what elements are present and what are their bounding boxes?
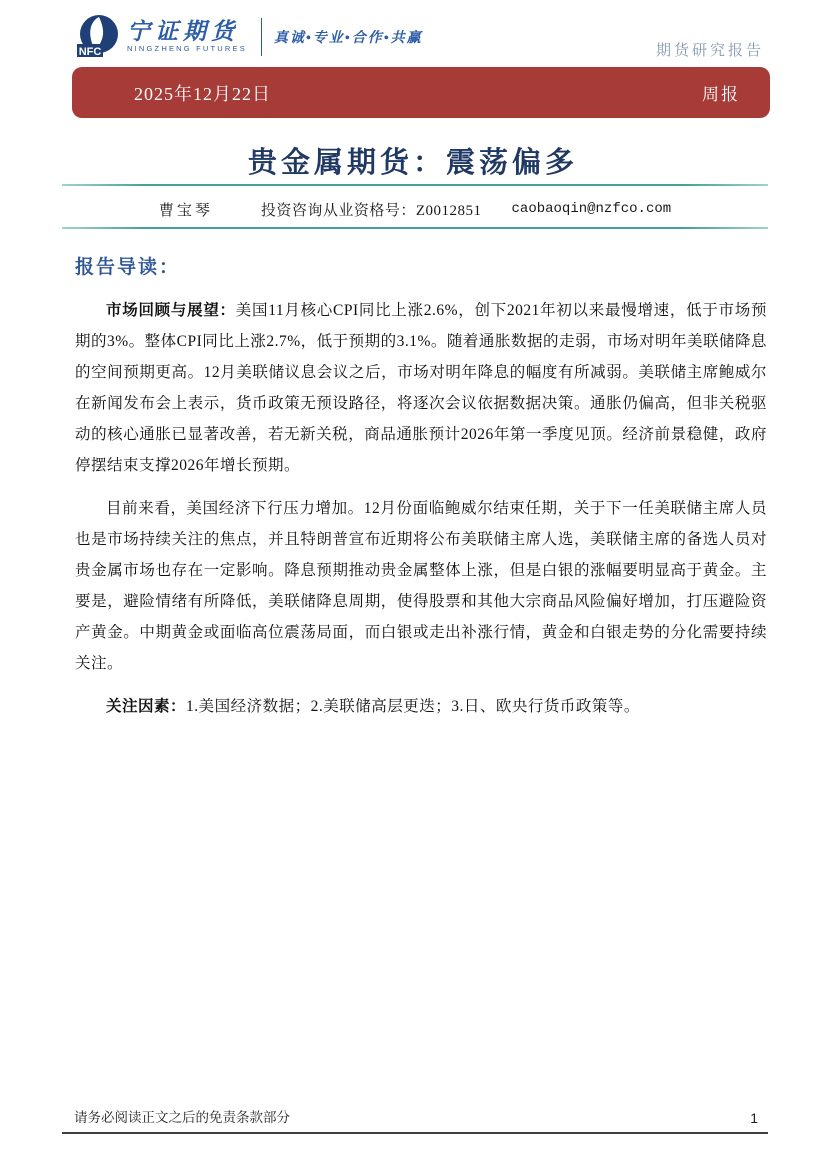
guide-heading: 报告导读：	[75, 252, 767, 279]
guide-paragraph-market-review: 市场回顾与展望：美国11月核心CPI同比上涨2.6%，创下2021年初以来最慢增…	[75, 295, 767, 481]
svg-text:NFC: NFC	[79, 46, 102, 58]
brand-name-en: NINGZHENG FUTURES	[127, 44, 247, 54]
brand-divider	[261, 18, 262, 56]
brand-tagline: 真诚•专业•合作•共赢	[274, 27, 423, 47]
guide-paragraph-focus-factors: 关注因素：1.美国经济数据；2.美联储高层更迭；3.日、欧央行货币政策等。	[75, 691, 767, 722]
author-row: 曹宝琴 投资咨询从业资格号：Z0012851 caobaoqin@nzfco.c…	[62, 194, 768, 224]
page-number: 1	[750, 1110, 758, 1126]
paragraph-text: 目前来看，美国经济下行压力增加。12月份面临鲍威尔结束任期，关于下一任美联储主席…	[75, 500, 767, 672]
paragraph-text: 美国11月核心CPI同比上涨2.6%，创下2021年初以来最慢增速，低于市场预期…	[75, 302, 767, 474]
issue-type-label: 周报	[702, 80, 740, 105]
nfc-logo-icon: NFC	[75, 14, 121, 60]
date-banner: 2025年12月22日 周报	[72, 67, 770, 118]
report-guide-section: 报告导读： 市场回顾与展望：美国11月核心CPI同比上涨2.6%，创下2021年…	[75, 252, 767, 722]
paragraph-label: 市场回顾与展望：	[106, 302, 236, 319]
footer-rule	[62, 1132, 768, 1134]
guide-paragraph-outlook: 目前来看，美国经济下行压力增加。12月份面临鲍威尔结束任期，关于下一任美联储主席…	[75, 493, 767, 679]
brand-names: 宁证期货 NINGZHENG FUTURES	[127, 20, 247, 54]
page-footer: 请务必阅读正文之后的免责条款部分 1	[62, 1106, 768, 1134]
report-page: NFC 宁证期货 NINGZHENG FUTURES 真诚•专业•合作•共赢 期…	[0, 0, 826, 1169]
author-name: 曹宝琴	[159, 199, 213, 220]
footer-disclaimer: 请务必阅读正文之后的免责条款部分	[74, 1106, 290, 1126]
report-title: 贵金属期货：震荡偏多	[0, 140, 826, 181]
author-qualification: 投资咨询从业资格号：Z0012851	[261, 199, 482, 220]
page-header: NFC 宁证期货 NINGZHENG FUTURES 真诚•专业•合作•共赢 期…	[75, 12, 764, 62]
footer-row: 请务必阅读正文之后的免责条款部分 1	[62, 1106, 768, 1132]
paragraph-label: 关注因素：	[106, 698, 186, 715]
brand-name-cn: 宁证期货	[127, 20, 247, 44]
author-rule-top	[62, 184, 768, 186]
author-email: caobaoqin@nzfco.com	[512, 201, 672, 217]
paragraph-text: 1.美国经济数据；2.美联储高层更迭；3.日、欧央行货币政策等。	[186, 698, 640, 715]
company-logo: NFC 宁证期货 NINGZHENG FUTURES	[75, 14, 247, 60]
author-rule-bottom	[62, 227, 768, 229]
report-date: 2025年12月22日	[134, 80, 271, 106]
report-type-label: 期货研究报告	[656, 39, 764, 62]
